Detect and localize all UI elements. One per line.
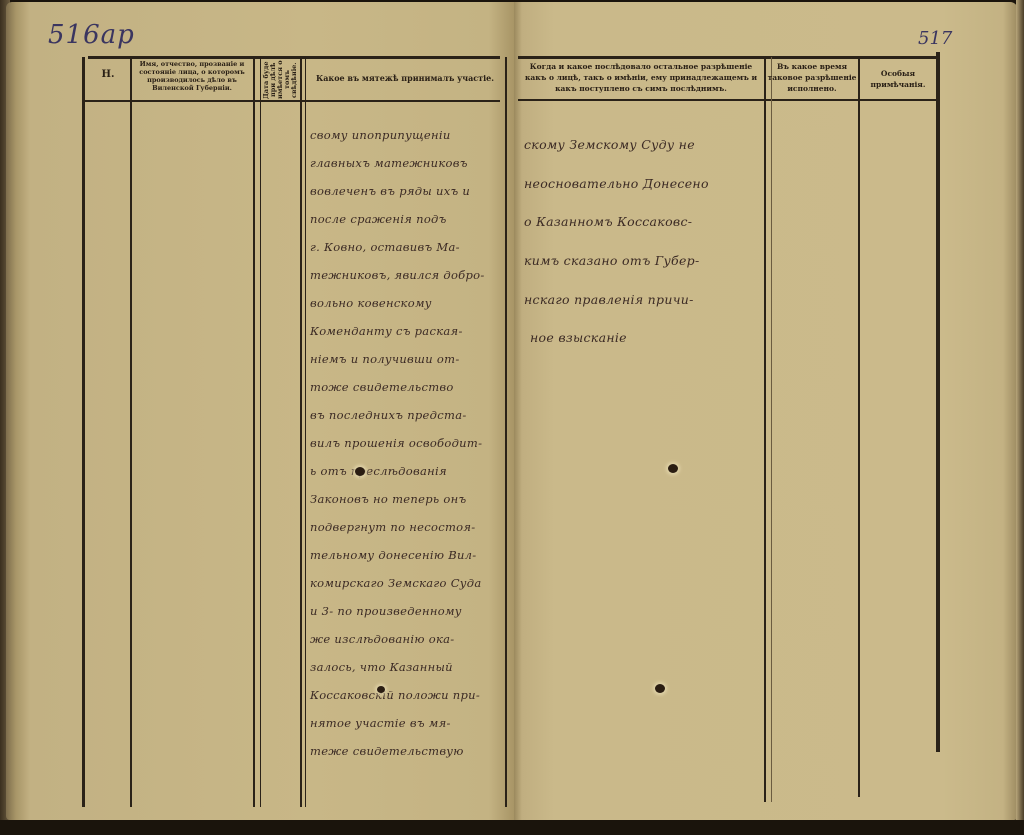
right-outer-border <box>936 52 940 752</box>
book-edge-right <box>1016 0 1024 822</box>
header-executed: Въ какое время таковое разрѣшеніе исполн… <box>767 61 857 94</box>
hw-line: вилъ прошенія освободит- <box>310 436 482 450</box>
binding-hole <box>355 467 365 476</box>
right-page <box>514 2 1018 820</box>
hw-line: свому ипоприпущеніи <box>310 128 451 142</box>
hw-line: подвергнут по несостоя- <box>310 520 476 534</box>
header-participation: Какое въ мятежѣ принималъ участіе. <box>310 73 500 83</box>
col-divider-2b <box>260 57 261 807</box>
hw-line: Коменданту съ раская- <box>310 324 463 338</box>
hw-line: после сраженія подъ <box>310 212 447 226</box>
header-resolution: Когда и какое послѣдовало остальное разр… <box>518 61 764 94</box>
hw-line: неосновательно Донесено <box>524 176 709 191</box>
left-outer-border <box>82 57 85 807</box>
hw-line: ніемъ и получивши от- <box>310 352 460 366</box>
hw-line: въ последнихъ предста- <box>310 408 467 422</box>
col-divider-1 <box>130 57 132 807</box>
right-header-rule <box>518 99 938 101</box>
hw-line: и 3- по произведенному <box>310 604 462 618</box>
background-strip <box>0 820 1024 835</box>
hw-line: скому Земскому Суду не <box>524 137 695 152</box>
hw-line: комирскаго Земскаго Суда <box>310 576 482 590</box>
hw-line: ь отъ преслѣдованія <box>310 464 447 478</box>
hw-line: залось, что Казанный <box>310 660 453 674</box>
hw-line: нскаго правленія причи- <box>524 292 694 307</box>
right-page-number: 517 <box>918 28 952 49</box>
hw-line: г. Ковно, оставивъ Ма- <box>310 240 460 254</box>
hw-line: же изслѣдованію ока- <box>310 632 454 646</box>
col-divider-3b <box>305 57 306 807</box>
hw-line: тельному донесенію Вил- <box>310 548 477 562</box>
col-divider-5 <box>858 57 860 797</box>
col-divider-3 <box>300 57 302 807</box>
hw-line: вовлеченъ въ ряды ихъ и <box>310 184 470 198</box>
binding-hole <box>668 464 678 473</box>
ledger-spread: 516ар 517 Н. Имя, отчество, прозваніе и … <box>0 0 1024 822</box>
hw-line: Коссаковскій положи при- <box>310 688 480 702</box>
col-divider-4 <box>764 57 766 802</box>
header-name: Имя, отчество, прозваніе и состояніе лиц… <box>133 60 251 92</box>
right-top-rule <box>518 56 938 59</box>
hw-line: ное взысканіе <box>530 330 627 345</box>
col-divider-4b <box>771 57 772 802</box>
hw-line: кимъ сказано отъ Губер- <box>524 253 699 268</box>
header-number: Н. <box>88 70 128 80</box>
col-divider-2 <box>253 57 255 807</box>
binding-hole <box>655 684 665 693</box>
hw-line: о Казанномъ Коссаковс- <box>524 214 692 229</box>
hw-line: главныхъ матежниковъ <box>310 156 468 170</box>
hw-line: тоже свидетельство <box>310 380 454 394</box>
hw-line: теже свидетельствую <box>310 744 464 758</box>
hw-line: тежниковъ, явился добро- <box>310 268 485 282</box>
header-dates: Дата буде при дѣлѣ имѣется о томъ свѣдѣн… <box>263 60 297 100</box>
binding-hole <box>377 686 385 693</box>
hw-line: нятое участіе въ мя- <box>310 716 451 730</box>
left-page-number: 516ар <box>48 20 135 50</box>
hw-line: Законовъ но теперь онъ <box>310 492 466 506</box>
left-header-rule <box>84 100 500 102</box>
header-notes: Особыя примѣчанія. <box>861 68 935 90</box>
left-right-border <box>505 57 507 807</box>
left-top-rule <box>88 56 500 59</box>
hw-line: вольно ковенскому <box>310 296 432 310</box>
